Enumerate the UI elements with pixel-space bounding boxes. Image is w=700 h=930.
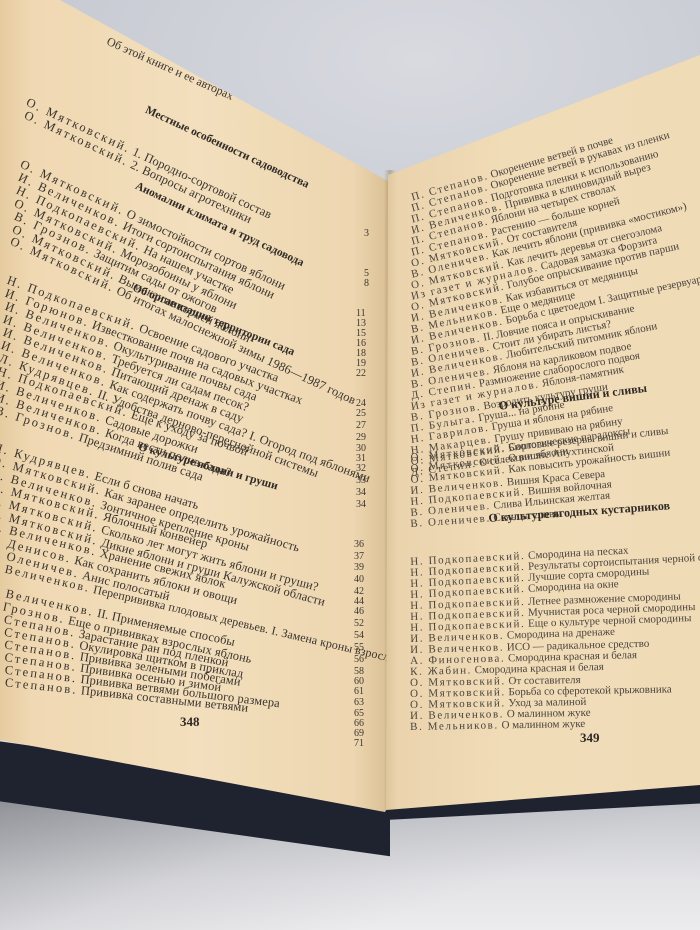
page-ref: 63 [354, 697, 364, 708]
page-ref: 61 [354, 686, 364, 697]
page-ref: 37 [354, 551, 364, 562]
page-ref: 40 [354, 574, 364, 585]
page-ref: 34 [356, 487, 366, 498]
page-ref: 25 [356, 408, 366, 419]
page-ref: 55 [354, 642, 364, 653]
page-ref: 56 [354, 654, 364, 665]
page-ref: 22 [356, 368, 366, 379]
page-ref: 46 [354, 606, 364, 617]
page-ref: 3 [364, 228, 369, 239]
page-number-right: 349 [580, 730, 600, 746]
page-ref: 27 [356, 420, 366, 431]
page-ref: 8 [364, 278, 369, 289]
page-ref: 33 [356, 475, 366, 486]
page-ref: 29 [356, 432, 366, 443]
page-ref: 34 [356, 499, 366, 510]
page-ref: 52 [354, 618, 364, 629]
page-ref: 36 [354, 539, 364, 550]
page-ref: 39 [354, 562, 364, 573]
page-ref: 54 [354, 630, 364, 641]
page-number-left: 348 [180, 714, 200, 730]
page-ref: 71 [354, 738, 364, 749]
page-ref: 32 [356, 463, 366, 474]
toc-entry: В. Мельников. О малинном жуке [410, 718, 585, 733]
